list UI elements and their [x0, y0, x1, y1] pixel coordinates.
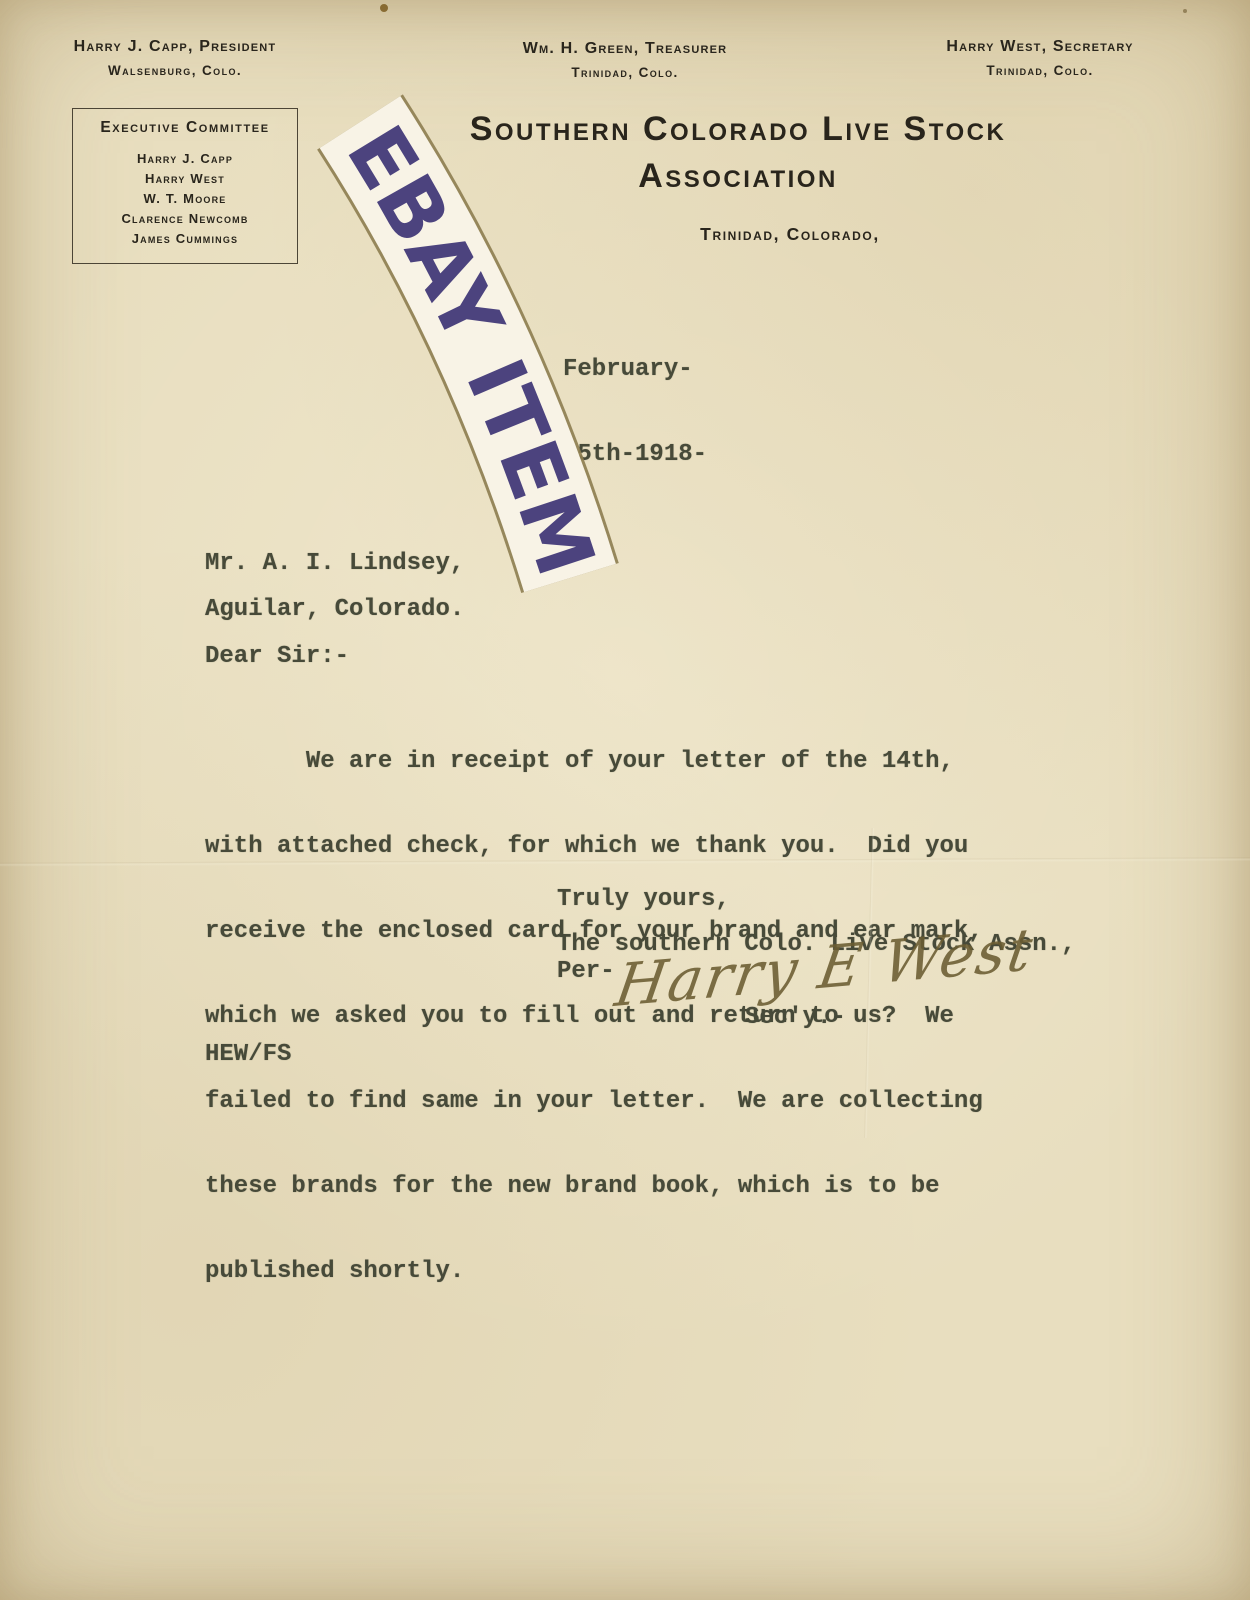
committee-member: Clarence Newcomb [73, 209, 297, 229]
paper-speck [380, 4, 388, 12]
officer-treasurer-city: Trinidad, Colo. [495, 65, 755, 80]
committee-title: Executive Committee [73, 119, 297, 137]
executive-committee-box: Executive Committee Harry J. Capp Harry … [72, 108, 298, 264]
date-block: February- 15th-1918- [563, 300, 707, 524]
letter-scan: Harry J. Capp, President Walsenburg, Col… [0, 0, 1250, 1600]
body-line: We are in receipt of your letter of the … [205, 746, 983, 777]
recipient-city: Aguilar, Colorado. [205, 596, 464, 623]
body-line: with attached check, for which we thank … [205, 831, 983, 862]
recipient-name: Mr. A. I. Lindsey, [205, 550, 464, 577]
committee-member: W. T. Moore [73, 189, 297, 209]
officer-treasurer-name: Wm. H. Green, Treasurer [495, 40, 755, 58]
date-line2: 15th-1918- [563, 439, 707, 470]
letter-body: We are in receipt of your letter of the … [205, 692, 983, 1341]
committee-member: James Cummings [73, 229, 297, 249]
officer-treasurer: Wm. H. Green, Treasurer Trinidad, Colo. [495, 40, 755, 80]
signer-title: Sec'y.- [745, 1004, 846, 1031]
officer-president-city: Walsenburg, Colo. [45, 63, 305, 78]
officer-president-name: Harry J. Capp, President [45, 38, 305, 56]
org-location: Trinidad, Colorado, [565, 224, 1015, 245]
body-line: these brands for the new brand book, whi… [205, 1171, 983, 1202]
officer-secretary-city: Trinidad, Colo. [910, 63, 1170, 78]
per-label: Per- [557, 958, 615, 985]
org-name-line1: Southern Colorado Live Stock [428, 110, 1048, 149]
company-line: The southern Colo. Live Stock Assn., [557, 931, 1075, 958]
date-line1: February- [563, 354, 707, 385]
org-title: Southern Colorado Live Stock Association [428, 110, 1048, 196]
paper-speck [1183, 9, 1187, 13]
org-name-line2: Association [428, 157, 1048, 196]
officer-president: Harry J. Capp, President Walsenburg, Col… [45, 38, 305, 78]
officer-secretary: Harry West, Secretary Trinidad, Colo. [910, 38, 1170, 78]
closing-line: Truly yours, [557, 886, 730, 913]
body-line: published shortly. [205, 1256, 983, 1287]
committee-member: Harry West [73, 169, 297, 189]
officer-secretary-name: Harry West, Secretary [910, 38, 1170, 56]
reference-initials: HEW/FS [205, 1041, 291, 1068]
salutation: Dear Sir:- [205, 643, 349, 670]
committee-member: Harry J. Capp [73, 149, 297, 169]
